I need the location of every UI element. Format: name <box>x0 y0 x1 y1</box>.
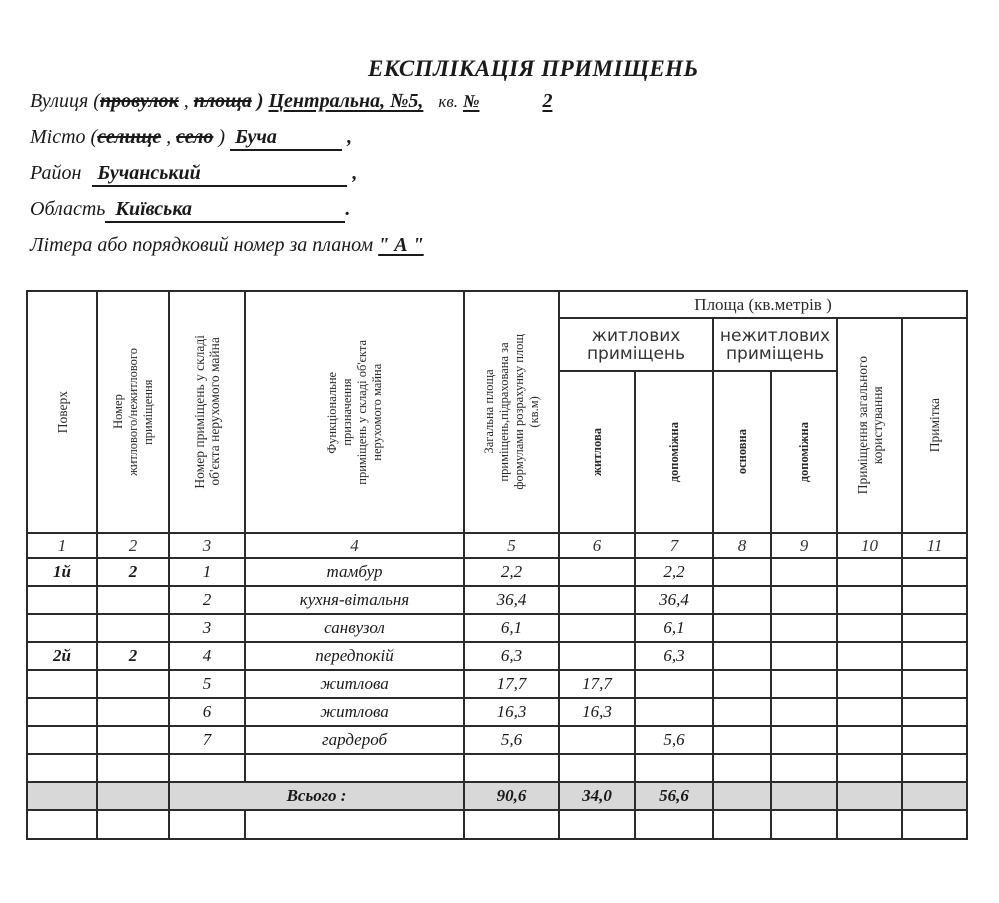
nonres-aux-cell <box>771 614 837 642</box>
nonres-main-cell <box>713 726 771 754</box>
table-row: 7гардероб5,65,6 <box>27 726 967 754</box>
function-cell: санвузол <box>245 614 464 642</box>
unit-cell <box>97 614 169 642</box>
residential-aux-cell: 2,2 <box>635 558 713 586</box>
room-number-cell: 6 <box>169 698 245 726</box>
total-nonres-aux <box>771 782 837 810</box>
total-unit-cell <box>97 782 169 810</box>
residential-living-cell <box>559 586 635 614</box>
empty-cell <box>635 810 713 839</box>
function-cell: житлова <box>245 698 464 726</box>
residential-living-cell <box>559 558 635 586</box>
region-line: Область Київська. <box>30 198 350 223</box>
unit-cell <box>97 754 169 782</box>
function-cell: житлова <box>245 670 464 698</box>
header-residential-living: житлова <box>559 371 635 533</box>
common-use-cell <box>837 670 902 698</box>
city-separator: , <box>161 126 176 148</box>
total-area-cell: 17,7 <box>464 670 559 698</box>
total-area: 90,6 <box>464 782 559 810</box>
empty-cell <box>97 810 169 839</box>
header-nonres-main: основна <box>713 371 771 533</box>
apartment-value: 2 <box>542 90 552 112</box>
room-number-cell: 5 <box>169 670 245 698</box>
empty-cell <box>771 810 837 839</box>
unit-cell <box>97 726 169 754</box>
header-unit-number: Номер житлового/нежитлового приміщення <box>97 291 169 533</box>
note-cell <box>902 614 967 642</box>
city-line: Місто (селище , село ) Буча , <box>30 126 352 151</box>
floor-cell <box>27 586 97 614</box>
column-number: 8 <box>713 533 771 558</box>
header-nonresidential-group: нежитлових приміщень <box>713 318 837 371</box>
common-use-cell <box>837 698 902 726</box>
nonres-aux-cell <box>771 754 837 782</box>
street-line: Вулиця (провулок , площа ) Центральна, №… <box>30 90 552 113</box>
residential-aux-cell <box>635 754 713 782</box>
city-value: Буча <box>230 126 342 151</box>
nonres-main-cell <box>713 670 771 698</box>
empty-row <box>27 810 967 839</box>
region-suffix: . <box>345 198 350 220</box>
nonres-main-cell <box>713 754 771 782</box>
residential-living-cell <box>559 642 635 670</box>
empty-cell <box>902 810 967 839</box>
empty-cell <box>169 810 245 839</box>
floor-cell <box>27 670 97 698</box>
unit-cell: 2 <box>97 642 169 670</box>
nonres-main-cell <box>713 558 771 586</box>
room-number-cell: 2 <box>169 586 245 614</box>
common-use-cell <box>837 754 902 782</box>
nonres-aux-cell <box>771 586 837 614</box>
empty-cell <box>713 810 771 839</box>
note-cell <box>902 754 967 782</box>
empty-cell <box>245 810 464 839</box>
header-area-group: Площа (кв.метрів ) <box>559 291 967 318</box>
column-number-row: 1 2 3 4 5 6 7 8 9 10 11 <box>27 533 967 558</box>
nonres-aux-cell <box>771 558 837 586</box>
room-number-cell: 7 <box>169 726 245 754</box>
column-number: 2 <box>97 533 169 558</box>
unit-cell <box>97 670 169 698</box>
residential-aux-cell: 6,1 <box>635 614 713 642</box>
street-value: Центральна, №5, <box>268 90 423 112</box>
street-separator: , <box>179 90 194 112</box>
column-number: 5 <box>464 533 559 558</box>
column-number: 11 <box>902 533 967 558</box>
floor-cell <box>27 698 97 726</box>
total-area-cell: 6,3 <box>464 642 559 670</box>
header-function: Функціональне призначення приміщень у ск… <box>245 291 464 533</box>
nonres-main-cell <box>713 614 771 642</box>
total-area-cell: 6,1 <box>464 614 559 642</box>
table-row: 5житлова17,717,7 <box>27 670 967 698</box>
street-close-paren: ) <box>252 90 269 112</box>
city-close-paren: ) <box>213 126 230 148</box>
function-cell: кухня-вітальня <box>245 586 464 614</box>
residential-aux-cell <box>635 698 713 726</box>
header-nonres-aux: допоміжна <box>771 371 837 533</box>
header-note: Примітка <box>902 318 967 533</box>
letter-line: Літера або порядковий номер за планом " … <box>30 234 424 257</box>
function-cell: тамбур <box>245 558 464 586</box>
nonres-aux-cell <box>771 670 837 698</box>
unit-cell <box>97 586 169 614</box>
letter-label: Літера або порядковий номер за планом <box>30 234 373 256</box>
residential-aux-cell <box>635 670 713 698</box>
empty-cell <box>27 810 97 839</box>
nonres-aux-cell <box>771 698 837 726</box>
note-cell <box>902 586 967 614</box>
total-area-cell: 2,2 <box>464 558 559 586</box>
nonres-aux-cell <box>771 726 837 754</box>
column-number: 9 <box>771 533 837 558</box>
total-floor-cell <box>27 782 97 810</box>
total-common <box>837 782 902 810</box>
region-value: Київська <box>105 198 345 223</box>
floor-cell <box>27 614 97 642</box>
note-cell <box>902 670 967 698</box>
total-area-cell: 16,3 <box>464 698 559 726</box>
total-label: Всього : <box>169 782 464 810</box>
header-residential-aux: допоміжна <box>635 371 713 533</box>
header-floor: Поверх <box>27 291 97 533</box>
empty-cell <box>837 810 902 839</box>
common-use-cell <box>837 642 902 670</box>
district-label: Район <box>30 162 81 184</box>
city-struck-settlement: селище <box>97 126 161 148</box>
table-row: 6житлова16,316,3 <box>27 698 967 726</box>
floor-cell: 1й <box>27 558 97 586</box>
table-row: 3санвузол6,16,1 <box>27 614 967 642</box>
apartment-label: кв. <box>438 92 458 111</box>
note-cell <box>902 642 967 670</box>
column-number: 1 <box>27 533 97 558</box>
header-total-area: Загальна площа приміщень,підрахована за … <box>464 291 559 533</box>
column-number: 10 <box>837 533 902 558</box>
column-number: 7 <box>635 533 713 558</box>
common-use-cell <box>837 614 902 642</box>
floor-cell: 2й <box>27 642 97 670</box>
common-use-cell <box>837 586 902 614</box>
total-area-cell: 36,4 <box>464 586 559 614</box>
nonres-aux-cell <box>771 642 837 670</box>
district-line: Район Бучанський , <box>30 162 357 187</box>
note-cell <box>902 726 967 754</box>
empty-cell <box>464 810 559 839</box>
residential-aux-cell: 36,4 <box>635 586 713 614</box>
floor-cell <box>27 754 97 782</box>
column-number: 3 <box>169 533 245 558</box>
room-number-cell <box>169 754 245 782</box>
residential-living-cell <box>559 754 635 782</box>
total-area-cell: 5,6 <box>464 726 559 754</box>
apartment-number-sign: № <box>463 91 479 111</box>
nonres-main-cell <box>713 642 771 670</box>
empty-cell <box>559 810 635 839</box>
total-nonres-main <box>713 782 771 810</box>
residential-aux-cell: 5,6 <box>635 726 713 754</box>
total-note <box>902 782 967 810</box>
residential-living-cell: 17,7 <box>559 670 635 698</box>
unit-cell <box>97 698 169 726</box>
total-row: Всього : 90,6 34,0 56,6 <box>27 782 967 810</box>
city-label: Місто ( <box>30 126 97 148</box>
note-cell <box>902 558 967 586</box>
region-label: Область <box>30 198 105 220</box>
common-use-cell <box>837 558 902 586</box>
city-struck-village: село <box>176 126 213 148</box>
district-suffix: , <box>352 162 357 184</box>
column-number: 6 <box>559 533 635 558</box>
note-cell <box>902 698 967 726</box>
table-row: 1й21тамбур2,22,2 <box>27 558 967 586</box>
unit-cell: 2 <box>97 558 169 586</box>
nonres-main-cell <box>713 698 771 726</box>
street-label: Вулиця ( <box>30 90 100 112</box>
total-residential-living: 34,0 <box>559 782 635 810</box>
column-number: 4 <box>245 533 464 558</box>
residential-aux-cell: 6,3 <box>635 642 713 670</box>
city-suffix: , <box>347 126 352 148</box>
residential-living-cell <box>559 614 635 642</box>
common-use-cell <box>837 726 902 754</box>
residential-living-cell <box>559 726 635 754</box>
residential-living-cell: 16,3 <box>559 698 635 726</box>
document-title: ЕКСПЛІКАЦІЯ ПРИМІЩЕНЬ <box>368 56 699 82</box>
header-residential-group: житлових приміщень <box>559 318 713 371</box>
room-number-cell: 1 <box>169 558 245 586</box>
floor-cell <box>27 726 97 754</box>
header-room-number: Номер приміщень у складі об'єкта нерухом… <box>169 291 245 533</box>
street-struck-square: площа <box>194 90 252 112</box>
street-struck-lane: провулок <box>100 90 179 112</box>
table-row: 2кухня-вітальня36,436,4 <box>27 586 967 614</box>
table-row: 2й24передпокій6,36,3 <box>27 642 967 670</box>
district-value: Бучанський <box>92 162 347 187</box>
function-cell <box>245 754 464 782</box>
table-row <box>27 754 967 782</box>
nonres-main-cell <box>713 586 771 614</box>
function-cell: передпокій <box>245 642 464 670</box>
total-area-cell <box>464 754 559 782</box>
room-number-cell: 4 <box>169 642 245 670</box>
total-residential-aux: 56,6 <box>635 782 713 810</box>
function-cell: гардероб <box>245 726 464 754</box>
room-number-cell: 3 <box>169 614 245 642</box>
letter-value: " А " <box>378 234 424 256</box>
header-common-use: Приміщення загального користування <box>837 318 902 533</box>
explication-table: Поверх Номер житлового/нежитлового примі… <box>26 290 968 840</box>
